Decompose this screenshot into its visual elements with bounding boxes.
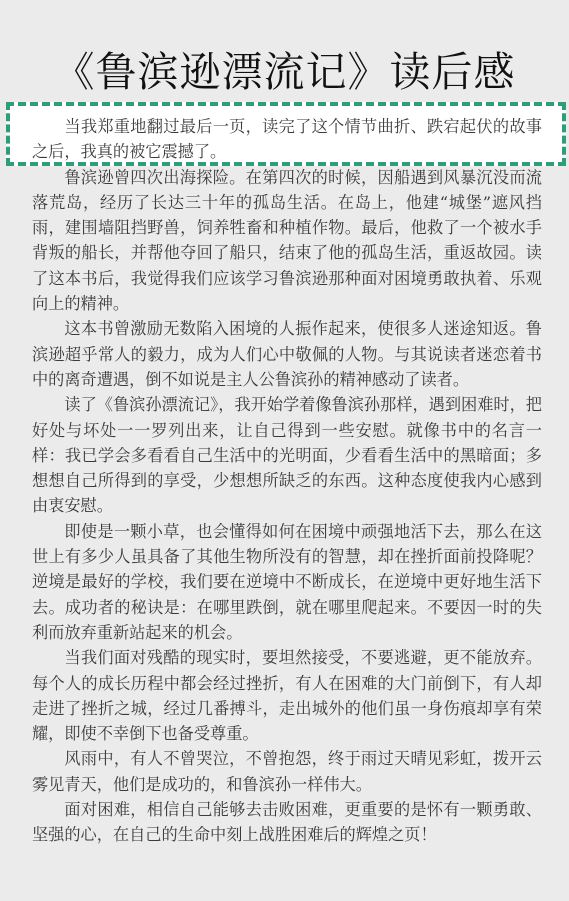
paragraph-inspiration: 这本书曾激励无数陷入困境的人振作起来，使很多人迷途知返。鲁滨逊超乎常人的毅力，成… <box>32 316 542 392</box>
paragraph-intro: 当我郑重地翻过最后一页，读完了这个情节曲折、跌宕起伏的故事之后，我真的被它震撼了… <box>32 114 542 165</box>
paragraph-storm: 风雨中，有人不曾哭泣，不曾抱怨，终于雨过天晴见彩虹，拨开云雾见青天，他们是成功的… <box>32 746 542 797</box>
paragraph-story-summary: 鲁滨逊曾四次出海探险。在第四次的时候，因船遇到风暴沉没而流落荒岛，经历了长达三十… <box>32 165 542 317</box>
paragraph-learning: 读了《鲁滨孙漂流记》，我开始学着像鲁滨孙那样，遇到困难时，把好处与坏处一一罗列出… <box>32 392 542 518</box>
essay-body: 当我郑重地翻过最后一页，读完了这个情节曲折、跌宕起伏的故事之后，我真的被它震撼了… <box>32 114 542 848</box>
paragraph-conclusion: 面对困难，相信自己能够去击败困难，更重要的是怀有一颗勇敢、坚强的心，在自己的生命… <box>32 797 542 848</box>
paragraph-reality: 当我们面对残酷的现实时，要坦然接受，不要逃避，更不能放弃。每个人的成长历程中都会… <box>32 645 542 746</box>
paragraph-adversity: 即使是一颗小草，也会懂得如何在困境中顽强地活下去，那么在这世上有多少人虽具备了其… <box>32 519 542 645</box>
essay-title: 《鲁滨逊漂流记》读后感 <box>0 44 569 100</box>
